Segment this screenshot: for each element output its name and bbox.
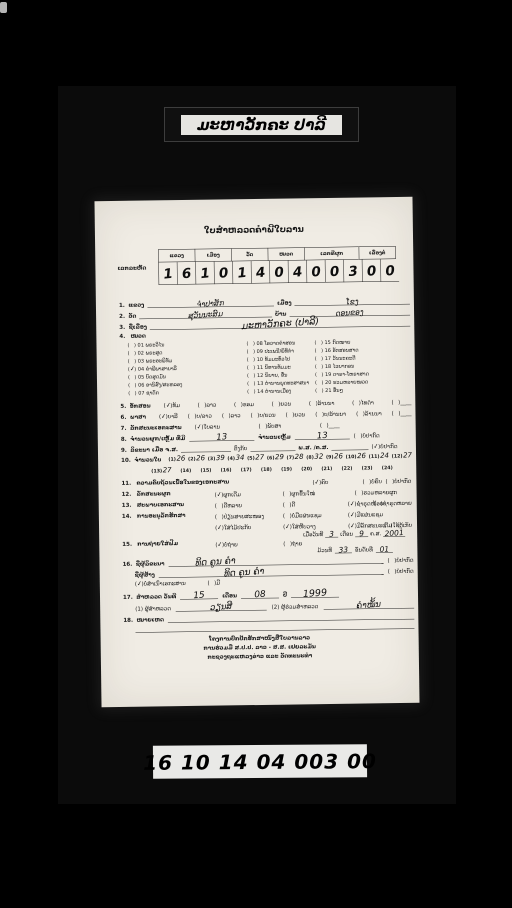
sponsor-name-label: ຊື່ຜູ້ສ້າງ	[135, 571, 155, 578]
option-label: ຊຳຣຸດຫລາຍ	[383, 500, 412, 507]
category-item-label: ປະເພນີ/ພິທີກຳ	[265, 348, 294, 354]
option-label: ບ/ລາວ	[196, 413, 211, 420]
leaf-value-handwriting: 26	[357, 452, 366, 460]
checkbox	[315, 364, 323, 370]
check-mark	[130, 362, 134, 363]
leaf-count-cell: (24)	[382, 463, 394, 472]
leaf-count-cell: (4)34	[227, 454, 244, 462]
category-item-label: ຄຳພີພາສາບາລີ	[146, 366, 177, 372]
check-mark	[200, 406, 204, 407]
check-mark	[253, 417, 257, 418]
category-item-label: ອັກສອນສາດ	[333, 348, 359, 354]
remarks-label: ໝາຍເຫດ	[137, 616, 165, 623]
volume-count-field: 13	[295, 432, 350, 440]
check-mark: ✓	[165, 403, 170, 408]
category-item-number: 13	[257, 381, 263, 387]
temple-field: ສຸວັນນະສົມ	[139, 310, 272, 319]
code-digit-cell: 3	[343, 260, 362, 283]
condition-label: ສະພາບເອກະສານ	[137, 501, 184, 508]
film-label: ການຖ່າຍໃສ່ຟີມ	[137, 540, 178, 547]
check-mark	[217, 518, 221, 519]
title-entry-label: ຊື່ເລື່ອງ	[129, 324, 147, 331]
checkbox	[251, 412, 260, 419]
checkbox	[258, 423, 267, 430]
check-mark: ✓	[129, 366, 134, 371]
leaf-index: (20)	[301, 466, 312, 472]
leaf-count-cell: (18)	[261, 465, 273, 474]
footer-ministry: ກະຊວງຖະແຫລງຂ່າວ ແລະ ວັດທະນະທຳ	[101, 651, 419, 662]
row-number: 11.	[121, 480, 131, 487]
check-mark	[311, 405, 315, 406]
conservation-option: ປ່ຽນສາຍສະໜອງ	[215, 513, 264, 520]
option-label: ພັບສາ	[267, 423, 281, 430]
film-year-field: 2001	[383, 529, 405, 536]
option-label: ຍວນ	[294, 411, 305, 418]
leaf-index: (15)	[200, 468, 211, 474]
option-label: ບໍ່ປາກົດ	[362, 432, 379, 439]
leaf-value-handwriting: 26	[176, 455, 185, 463]
option-label: ຂອມ	[243, 401, 254, 408]
row-number: 9.	[121, 447, 127, 454]
checkbox	[315, 388, 323, 394]
sponsor-na-option: ບໍ່ປາກົດ	[388, 568, 414, 575]
scribe-na-option: ບໍ່ປາກົດ	[387, 557, 413, 564]
option-label: ບໍ່ຄົບ	[371, 478, 382, 485]
check-mark	[317, 384, 321, 385]
code-column-header: ເມືອງ	[195, 248, 232, 262]
check-mark	[316, 344, 320, 345]
checkbox	[315, 356, 323, 362]
check-mark	[317, 392, 321, 393]
category-item-label: ບົດສູດມົນ	[146, 374, 166, 380]
check-mark	[130, 386, 134, 387]
leaf-count-cell: (12)27	[392, 451, 412, 459]
category-item: 14 ຕຳນານເມືອງ	[247, 387, 309, 396]
written-era2-field	[331, 443, 368, 451]
category-item: 07 ຊາດົກ	[128, 389, 182, 398]
category-item-label: ດາຣາ-ໂຫຣາສາດ	[333, 371, 369, 377]
leaf-count-cell: (14)	[180, 466, 192, 475]
top-label: ມະຫາວັກຄະ ປາລີ	[164, 107, 359, 142]
check-mark	[288, 416, 292, 417]
copy-option: ມີ	[207, 580, 220, 587]
option-label: ____	[329, 422, 340, 429]
leaf-index: (1)	[168, 457, 176, 463]
language-option: ✓ບາລີ	[159, 413, 178, 420]
option-label: ມີ	[216, 580, 220, 587]
conservation-label: ການອະນຸລັກຮັກສາ	[137, 512, 186, 519]
category-item-label: ຕຳນານເມືອງ	[265, 389, 291, 395]
checkbox	[320, 422, 329, 429]
option-label: ລາວ	[206, 402, 216, 409]
option-label: ດີຫລາຍ	[223, 502, 242, 509]
category-item-number: 09	[257, 349, 263, 355]
row-number: 17.	[123, 594, 133, 601]
material-option: ພັບສາ	[258, 423, 281, 430]
leaf-count-label: ຈຳນວນໃບ	[134, 456, 161, 463]
option-label: ບ/ລ້ານນາ	[324, 411, 346, 418]
leaf-count-cell: (10)26	[346, 452, 366, 460]
checkbox: ✓	[215, 524, 224, 531]
check-mark	[130, 378, 134, 379]
row-number: 18.	[123, 617, 133, 624]
category-item-label: ພຣະວິໄນ	[145, 342, 164, 348]
checkbox	[283, 513, 292, 520]
checkbox	[374, 500, 383, 507]
film-roll-field: 33	[335, 546, 352, 553]
scribe-row-line2: ຊື່ຜູ້ສ້າງ ທິດ ຄູນ ຄຳ ບໍ່ປາກົດ	[135, 566, 414, 578]
village-handwriting: ດອນຂອງ	[336, 307, 364, 318]
check-mark	[217, 507, 221, 508]
check-mark	[285, 495, 289, 496]
checkbox	[385, 478, 394, 485]
province-label: ແຂວງ	[128, 302, 144, 309]
sponsor-name-handwriting: ທິດ ຄູນ ຄຳ	[224, 566, 265, 579]
district-label: ເມືອງ	[277, 300, 292, 307]
check-mark	[249, 361, 253, 362]
leaf-count-cell: (16)	[221, 465, 233, 474]
check-mark	[224, 417, 228, 418]
leaf-value-handwriting: 29	[275, 453, 284, 461]
option-label: ບໍ່ປາກົດ	[380, 443, 397, 450]
survey-month-handwriting: 08	[254, 589, 266, 600]
leaf-index: (22)	[341, 466, 352, 472]
option-label: ມີແຜ່ນແຊມ	[357, 511, 384, 518]
written-na-option: ✓ບໍ່ປາກົດ	[371, 443, 397, 450]
option-label: ລາວ	[231, 412, 241, 419]
material-label: ລັກສະນະເອກະສານ	[130, 424, 182, 431]
option-label: ບາລີ	[168, 413, 178, 420]
category-item-number: 21	[325, 388, 331, 394]
code-column-header: ວັດ	[231, 248, 268, 262]
script-options: ✓ທັມລາວຂອມຍວນລ້ານນາໄທດຳ____	[164, 399, 412, 409]
bundle-count-handwriting: 13	[216, 432, 227, 443]
option-label: ຖ່າຍ	[292, 540, 302, 547]
checkbox	[247, 365, 255, 371]
script-option: ຍວນ	[272, 401, 292, 408]
remarks-field-line2	[135, 622, 414, 633]
code-digit-cell: 1	[158, 262, 177, 285]
film-date-prefix: ເມື່ອວັນທີ	[303, 531, 323, 538]
option-label: ບໍ່ປາກົດ	[396, 557, 413, 564]
checkbox	[128, 375, 136, 381]
checkbox	[128, 351, 136, 357]
checkbox	[246, 341, 254, 347]
check-mark: ✓	[216, 492, 221, 497]
language-option: ລາວ	[222, 412, 241, 419]
code-column-header: ແຂວງ	[158, 249, 195, 263]
written-era1-label: ລິຂະນາ ເມື່ອ ຈ.ສ.	[130, 446, 178, 453]
category-item-label: ອານິສົງ/ສະຫລອງ	[146, 382, 182, 388]
option-label: ຍວນ	[280, 401, 291, 408]
row-number: 7.	[121, 425, 127, 432]
check-mark	[317, 368, 321, 369]
scribe-name-label: ຊື່ຜູ້ລິຂະນາ	[136, 560, 165, 567]
option-label: ທັມ	[172, 402, 180, 409]
option-label: ຮວມຫລາຍຜູກ	[363, 489, 397, 496]
film-month-field: 9	[355, 530, 368, 537]
category-item-number: 01	[137, 343, 143, 349]
survey-year-handwriting: 1999	[302, 587, 327, 600]
leaf-count-cell: (13)27	[151, 466, 171, 475]
temple-handwriting: ສຸວັນນະສົມ	[188, 309, 223, 320]
check-mark	[390, 573, 394, 574]
checkbox	[354, 433, 363, 440]
survey-month-label: ເດືອນ	[222, 592, 237, 599]
leaf-value-handwriting: 39	[216, 454, 225, 462]
option-label: ປ່ຽນສາຍສະໜອງ	[224, 513, 265, 520]
check-mark	[354, 404, 358, 405]
code-digit-cell: 0	[306, 260, 325, 283]
leaf-count-cell: (3)39	[208, 454, 225, 462]
condition-option: ດີຫລາຍ	[215, 502, 242, 509]
checkbox	[247, 381, 255, 387]
film-item-label: ອັນດັບທີ	[355, 546, 373, 553]
leaf-index: (18)	[261, 467, 272, 473]
category-item-number: 12	[257, 373, 263, 379]
row-number: 4.	[119, 333, 125, 340]
leaf-value-handwriting: 28	[295, 453, 304, 461]
film-item-handwriting: 01	[379, 544, 389, 554]
leaf-count-cell: (2)26	[188, 454, 205, 462]
category-item-label: ຕຳນານພຸດທະສາສນາ	[265, 380, 309, 386]
check-mark	[322, 427, 326, 428]
leaf-counts-line1: (1)26(2)26(3)39(4)34(5)27(6)29(7)28(8)32…	[168, 451, 412, 462]
category-item-label: ຮວມຫລາຍໝວດ	[333, 379, 368, 385]
check-mark: ✓	[196, 424, 201, 429]
category-item-label: ໂອວາດຄຳສອນ	[264, 340, 295, 346]
category-column-3: 15 ກົດໝາຍ 16 ອັກສອນສາດ 17 ວັນນະຄະດີ 18 ໄ…	[314, 338, 369, 395]
conservation-option: ✓ໃສ່ໄມ້ປະກັບ	[215, 524, 251, 531]
survey-year-label: ປີ	[283, 592, 287, 599]
written-era2-label: ພ.ສ. /ຄ.ສ.	[298, 444, 328, 451]
row-number: 5.	[120, 403, 126, 410]
row-number: 3.	[119, 324, 125, 331]
form-title: ໃບສຳຫລວດຄຳພີໃບລານ	[95, 223, 413, 237]
check-mark	[249, 385, 253, 386]
option-label: ບໍ່ປາກົດ	[396, 568, 413, 575]
category-item-number: 14	[257, 389, 263, 395]
film-roll-line: ມ້ວນທີ 33 ອັນດັບທີ 01	[317, 544, 413, 554]
option-label: ລ້ານນາ	[318, 400, 335, 407]
completeness-label: ຄວາມຄົບຖ້ວນເນື້ອໃນຂອງເອກະສານ	[136, 478, 229, 486]
leaf-index: (6)	[267, 455, 275, 461]
leaf-index: (23)	[362, 465, 373, 471]
script-option: ✓ທັມ	[164, 402, 180, 409]
leaf-index: (12)	[392, 453, 403, 459]
check-mark: ✓	[373, 444, 378, 449]
checkbox: ✓	[215, 491, 224, 498]
option-label: ໃສ່ໄມ້ປະກັບ	[224, 524, 252, 531]
top-label-text: ມະຫາວັກຄະ ປາລີ	[181, 115, 342, 135]
checkbox	[272, 401, 281, 408]
category-item-number: 10	[257, 357, 263, 363]
copy-option: ✓ບໍ່ສຳເນົາເອກະສານ	[135, 580, 186, 587]
code-digit-cell: 0	[325, 260, 344, 283]
leaf-count-cell: (23)	[362, 463, 374, 472]
checkbox	[234, 401, 243, 408]
code-digit-cell: 1	[195, 262, 214, 285]
leaf-value-handwriting: 27	[163, 466, 172, 474]
checkbox	[283, 541, 292, 548]
province-field: ຈຳປາສັກ	[147, 299, 274, 308]
leaf-count-cell: (22)	[341, 464, 353, 473]
language-option: ບ/ຍວນ	[251, 412, 276, 419]
checkbox	[315, 411, 324, 418]
check-mark: ✓	[314, 480, 319, 485]
checkbox	[356, 410, 365, 417]
check-mark	[317, 416, 321, 417]
check-mark	[317, 352, 321, 353]
checkbox: ✓	[135, 581, 144, 588]
leaf-count-cell: (11)24	[369, 452, 389, 460]
checkbox	[128, 383, 136, 389]
script-label: ອັກສອນ	[130, 402, 151, 409]
checkbox	[309, 400, 318, 407]
film-roll-handwriting: 33	[338, 545, 348, 555]
province-handwriting: ຈຳປາສັກ	[197, 298, 225, 309]
check-mark	[190, 417, 194, 418]
volume-count-label: ຈຳນວນເຫຼັ້ມ	[258, 434, 291, 441]
checkbox: ✓	[283, 524, 292, 531]
checkbox	[283, 491, 292, 498]
completeness-option: ບໍ່ຄົບ	[362, 478, 382, 485]
check-mark	[358, 415, 362, 416]
category-item-label: ນິທານທັມມະ	[265, 365, 291, 371]
checkbox	[247, 357, 255, 363]
village-label: ບ້ານ	[275, 311, 286, 318]
checkbox: ✓	[312, 479, 321, 486]
code-digit-cell: 1	[232, 261, 251, 284]
district-handwriting: ໂຂງ	[346, 297, 359, 307]
scan-artifact	[0, 2, 7, 13]
leaf-value-handwriting: 27	[255, 453, 264, 461]
row-number: 14.	[122, 513, 132, 520]
check-mark: ✓	[350, 512, 355, 517]
checkbox	[188, 413, 197, 420]
language-label: ພາສາ	[130, 414, 146, 421]
category-item-label: ວັນນະຄະດີ	[333, 356, 356, 362]
leaf-value-handwriting: 32	[314, 453, 323, 461]
checkbox	[198, 402, 207, 409]
row-number: 6.	[120, 414, 126, 421]
checkbox	[315, 380, 323, 386]
row-number: 16.	[123, 561, 133, 568]
title-entry-field: ມະຫາວັກຄະ (ປາລີ)	[150, 319, 410, 330]
language-option: ລ້ານນາ	[356, 410, 382, 417]
category-item-number: 03	[138, 359, 144, 365]
leaf-index: (7)	[286, 455, 294, 461]
checkbox	[207, 580, 216, 587]
language-option: ____	[392, 410, 412, 417]
co-surveyor-label: (2) ຜູ້ຮ່ວມສຳຫລວດ	[272, 603, 319, 610]
check-mark	[317, 376, 321, 377]
leaf-count-cell: (8)32	[306, 453, 323, 461]
checkbox: ✓	[159, 413, 168, 420]
checkbox	[362, 478, 371, 485]
checkbox	[247, 373, 255, 379]
completeness-option: ບໍ່ປາກົດ	[385, 478, 411, 485]
survey-day-handwriting: 15	[193, 589, 205, 600]
category-item-number: 08	[256, 341, 262, 347]
checkbox	[387, 557, 396, 564]
film-option: ✓ບໍ່ຖ່າຍ	[215, 541, 238, 548]
row-number: 15.	[122, 541, 132, 548]
row-number: 13.	[122, 502, 132, 509]
check-mark	[130, 354, 134, 355]
leaf-index: (11)	[369, 454, 380, 460]
code-digit-cell: 0	[362, 259, 381, 282]
script-option: ລ້ານນາ	[309, 400, 335, 407]
written-year-field	[250, 444, 295, 452]
checkbox	[315, 348, 323, 354]
material-options: ✓ໃບລານພັບສາ____	[195, 422, 340, 431]
check-mark	[249, 393, 253, 394]
leaf-count-cell: (17)	[241, 465, 253, 474]
leaf-value-handwriting: 26	[334, 452, 343, 460]
leaf-counts-line2: (13)27(14)(15)(16)(17)(18)(19)(20)(21)(2…	[151, 463, 393, 475]
check-mark	[236, 406, 240, 407]
check-mark	[210, 584, 214, 585]
film-day-field: 3	[325, 530, 338, 537]
checkbox: ✓	[371, 443, 380, 450]
category-item-number: 06	[138, 383, 144, 389]
script-option: ໄທດຳ	[352, 399, 374, 406]
code-digit-cell: 6	[177, 262, 196, 285]
checkbox: ✓	[164, 402, 173, 409]
written-mid-label: ຕົງກັບ	[234, 445, 247, 452]
check-mark	[285, 545, 289, 546]
check-mark: ✓	[350, 501, 355, 506]
checkbox	[222, 412, 231, 419]
district-field: ໂຂງ	[295, 297, 410, 306]
checkbox: ✓	[215, 541, 224, 548]
category-item-label: ທັມມະທົ່ວໄປ	[265, 357, 291, 363]
check-mark	[261, 427, 265, 428]
category-item-number: 07	[138, 391, 144, 397]
option-label: ຜູກເດີມ	[223, 491, 240, 498]
leaf-index: (14)	[180, 468, 191, 474]
leaf-count-cell: (21)	[321, 464, 333, 473]
row-number: 10.	[121, 457, 131, 464]
completeness-option: ✓ຄົບ	[312, 479, 328, 486]
category-item: 21 ອື່ນໆ	[315, 386, 369, 395]
check-mark	[248, 345, 252, 346]
checkbox: ✓	[348, 501, 357, 508]
option-label: ____	[400, 410, 411, 417]
category-item-number: 04	[138, 367, 144, 373]
film-option: ຖ່າຍ	[283, 540, 302, 547]
code-digit-cell: 0	[214, 261, 233, 284]
language-option: ບ/ລ້ານນາ	[315, 411, 346, 418]
leaf-index: (9)	[326, 454, 334, 460]
binding-option: ຮວມຫລາຍຜູກ	[355, 489, 398, 496]
option-label: ໄທດຳ	[361, 399, 374, 406]
check-mark	[390, 562, 394, 563]
bundle-count-label: ຈຳນວນຜູກ/ເຫຼັ້ມ ທີ່ມີ	[130, 435, 185, 442]
category-item-label: ພຣະອະພິທັມ	[146, 358, 173, 364]
check-mark: ✓	[217, 525, 222, 530]
checkbox	[315, 372, 323, 378]
leaf-index: (17)	[241, 467, 252, 473]
category-item-label: ຊາດົກ	[146, 390, 159, 396]
conservation-option: ✓ມີແຜ່ນແຊມ	[348, 511, 383, 518]
code-table: ແຂວງເມືອງວັດໝວດເລກທີຜູກເລື່ອງຕໍ່ 1610140…	[158, 246, 399, 285]
category-item-number: 17	[325, 356, 331, 362]
check-mark	[285, 517, 289, 518]
survey-month-field: 08	[241, 591, 279, 599]
check-mark	[388, 483, 392, 484]
